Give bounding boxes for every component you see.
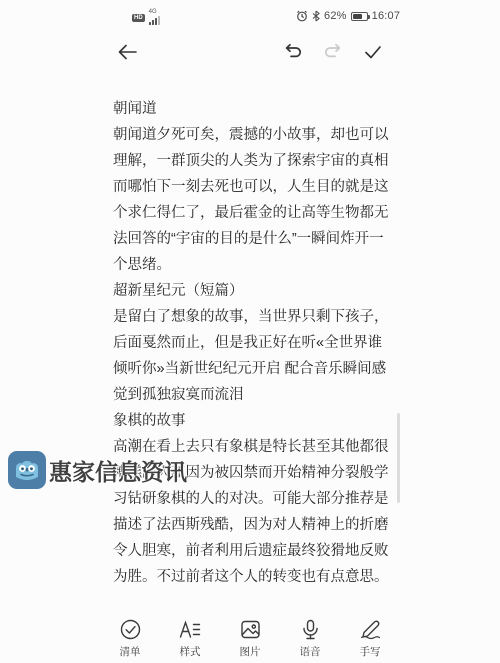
- battery-percent: 62%: [324, 10, 347, 22]
- note-line: 朝闻道: [113, 96, 394, 122]
- image-icon: [239, 618, 262, 641]
- toolbar-label: 语音: [300, 644, 321, 659]
- note-line: 理解，一群顶尖的人类为了探索宇宙的真相: [113, 148, 394, 174]
- toolbar-label: 清单: [120, 644, 141, 659]
- bottom-toolbar: 清单 样式 图片 语音 手写: [100, 618, 400, 659]
- note-line: 习钻研象棋的人的对决。可能大部分推荐是: [113, 486, 394, 512]
- confirm-check-icon[interactable]: [361, 40, 385, 64]
- toolbar-item-style[interactable]: 样式: [160, 618, 220, 659]
- note-line: 而哪怕下一刻去死也可以，人生目的就是这: [113, 174, 394, 200]
- scrollbar-thumb[interactable]: [397, 413, 400, 503]
- note-line: 觉到孤独寂寞而流泪: [113, 382, 394, 408]
- redo-icon[interactable]: [322, 40, 344, 62]
- toolbar-item-image[interactable]: 图片: [220, 618, 280, 659]
- note-line: 是留白了想象的故事，当世界只剩下孩子，: [113, 304, 394, 330]
- toolbar-item-checklist[interactable]: 清单: [100, 618, 160, 659]
- battery-icon: [351, 12, 368, 21]
- note-editor-body[interactable]: 朝闻道 朝闻道夕死可矣，震撼的小故事，却也可以 理解，一群顶尖的人类为了探索宇宙…: [113, 96, 394, 590]
- toolbar-label: 样式: [180, 644, 201, 659]
- back-icon[interactable]: [116, 40, 140, 64]
- handwriting-icon: [358, 618, 382, 641]
- note-line: 个思绪。: [113, 252, 394, 278]
- undo-icon[interactable]: [282, 40, 304, 62]
- note-line: 超新星纪元（短篇）: [113, 278, 394, 304]
- hd-icon: HD: [132, 14, 145, 22]
- style-icon: [178, 618, 202, 641]
- note-line: 个求仁得仁了，最后霍金的让高等生物都无: [113, 200, 394, 226]
- status-time: 16:07: [372, 10, 401, 22]
- note-line: 法回答的“宇宙的目的是什么”一瞬间炸开一: [113, 226, 394, 252]
- nav-bar: [0, 36, 500, 68]
- watermark-logo-icon: [8, 451, 46, 489]
- note-line: 象棋的故事: [113, 408, 394, 434]
- note-line: 后面戛然而止，但是我正好在听«全世界谁: [113, 330, 394, 356]
- toolbar-label: 手写: [360, 644, 381, 659]
- note-line: 倾听你»当新世纪纪元开启 配合音乐瞬间感: [113, 356, 394, 382]
- note-line: 为胜。不过前者这个人的转变也有点意思。: [113, 564, 394, 590]
- status-left-icons: HD 4G: [132, 11, 160, 25]
- note-line: 描述了法西斯残酷，因为对人精神上的折磨: [113, 512, 394, 538]
- alarm-icon: [296, 10, 308, 22]
- microphone-icon: [299, 618, 322, 641]
- toolbar-item-voice[interactable]: 语音: [280, 618, 340, 659]
- toolbar-label: 图片: [240, 644, 261, 659]
- watermark: 惠家信息资讯: [8, 451, 187, 489]
- watermark-text: 惠家信息资讯: [49, 454, 187, 487]
- checklist-icon: [119, 618, 142, 641]
- bluetooth-icon: [312, 10, 320, 22]
- signal-4g-icon: 4G: [149, 11, 160, 25]
- status-right-icons: 62% 16:07: [296, 10, 400, 22]
- status-bar: HD 4G 62% 16:07: [0, 8, 500, 28]
- note-line: 令人胆寒，前者利用后遗症最终狡猾地反败: [113, 538, 394, 564]
- toolbar-item-handwriting[interactable]: 手写: [340, 618, 400, 659]
- note-line: 朝闻道夕死可矣，震撼的小故事，却也可以: [113, 122, 394, 148]
